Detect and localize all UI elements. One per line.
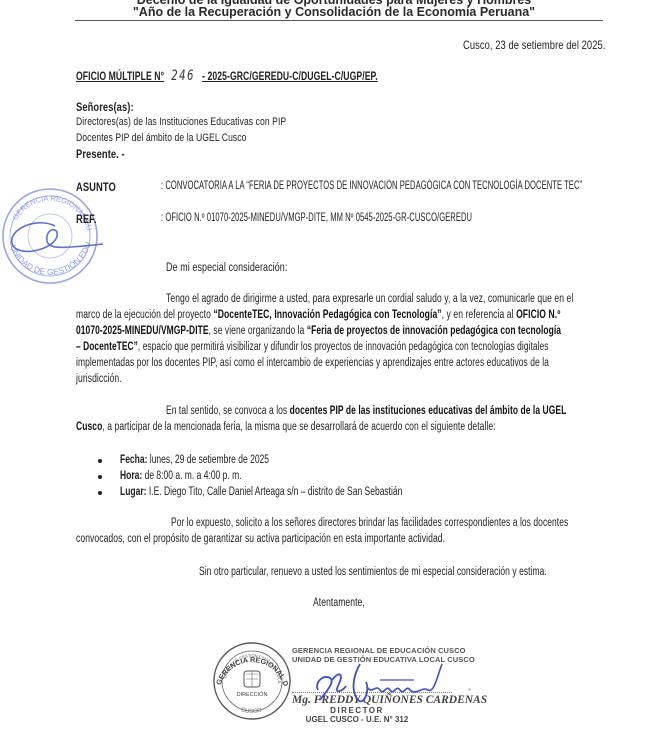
handwritten-signature-icon [310, 660, 450, 710]
greeting: De mi especial consideración: [166, 262, 287, 274]
bullet-icon [98, 475, 102, 479]
text-span: , a participar de la mencionada feria, l… [102, 421, 495, 433]
oficio-suffix: - 2025-GRC/GEREDU-C/DUGEL-C/UGP/EP. [202, 69, 378, 83]
presente-label: Presente. - [76, 147, 125, 161]
closing-sentence: Sin otro particular, renuevo a usted los… [199, 566, 547, 578]
text-span: , y en referencia al [442, 309, 516, 321]
detail-text: Lugar: I.E. Diego Tito, Calle Daniel Art… [120, 486, 402, 498]
atentamente: Atentamente, [313, 597, 365, 609]
detail-text: Hora: de 8:00 a. m. a 4:00 p. m. [120, 470, 242, 482]
oficio-handwritten-number: 246 [164, 68, 202, 84]
detail-label: Lugar: [120, 486, 146, 498]
document-date: Cusco, 23 de setiembre del 2025. [463, 38, 605, 52]
svg-text:CUSCO: CUSCO [240, 707, 263, 715]
recipient-line: Directores(as) de las Instituciones Educ… [76, 116, 286, 128]
paragraph-1-line: – DocenteTEC”, espacio que permitirá vis… [76, 341, 549, 353]
asunto-label: ASUNTO [76, 180, 116, 194]
svg-text:DIRECCIÓN: DIRECCIÓN [237, 691, 268, 698]
paragraph-1-line: marco de la ejecución del proyecto “Doce… [76, 309, 560, 321]
detail-label: Fecha: [120, 454, 147, 466]
text-span: marco de la ejecución del proyecto [76, 309, 213, 321]
recipient-line: Docentes PIP del ámbito de la UGEL Cusco [76, 132, 247, 144]
paragraph-3-line: Por lo expuesto, solicito a los señores … [171, 517, 568, 529]
paragraph-3-line: convocados, con el propósito de garantiz… [76, 533, 445, 545]
recipients-heading: Señores(as): [76, 100, 134, 114]
detail-value: de 8:00 a. m. a 4:00 p. m. [142, 470, 241, 482]
official-seal-stamp-icon: UNIDAD DE GESTIÓN EDUCATIVA LOCAL GERENC… [0, 186, 105, 286]
ref-label: REF. [76, 212, 97, 226]
text-span: , espacio que permitirá visibilizar y di… [138, 341, 549, 353]
target-audience: docentes PIP de las instituciones educat… [290, 405, 567, 417]
target-audience: Cusco [76, 421, 102, 433]
signature-org-line: GERENCIA REGIONAL DE EDUCACIÓN CUSCO [292, 646, 452, 655]
paragraph-1-line: jurisdicción. [76, 373, 122, 385]
scan-artifact [468, 688, 471, 691]
detail-label: Hora: [120, 470, 142, 482]
oficio-ref-bold: 01070-2025-MINEDU/VMGP-DITE [76, 325, 209, 337]
detail-value: lunes, 29 de setiembre de 2025 [147, 454, 269, 466]
detail-value: I.E. Diego Tito, Calle Daniel Arteaga s/… [146, 486, 402, 498]
oficio-reference: OFICIO MÚLTIPLE N°246- 2025-GRC/GEREDU-C… [76, 68, 378, 84]
paragraph-1-line: Tengo el agrado de dirigirme a usted, pa… [166, 293, 573, 305]
signatory-unit: UGEL CUSCO - U.E. N° 312 [262, 715, 452, 724]
year-header: "Año de la Recuperación y Consolidación … [0, 5, 668, 19]
text-span: En tal sentido, se convoca a los [166, 405, 290, 417]
asunto-text: : CONVOCATORIA A LA “FERIA DE PROYECTOS … [161, 180, 582, 192]
feria-name: “Feria de proyectos de innovación pedagó… [307, 325, 561, 337]
feria-name: – DocenteTEC” [76, 341, 138, 353]
ref-text: : OFICIO N.º 01070-2025-MINEDU/VMGP-DITE… [161, 212, 472, 224]
paragraph-2-line: Cusco, a participar de la mencionada fer… [76, 421, 496, 433]
oficio-prefix: OFICIO MÚLTIPLE N° [76, 69, 164, 83]
text-span: , se viene organizando la [209, 325, 307, 337]
oficio-ref-bold: OFICIO N.º [516, 309, 560, 321]
paragraph-1-line: 01070-2025-MINEDU/VMGP-DITE, se viene or… [76, 325, 561, 337]
bullet-icon [98, 491, 102, 495]
paragraph-2-line: En tal sentido, se convoca a los docente… [166, 405, 566, 417]
detail-text: Fecha: lunes, 29 de setiembre de 2025 [120, 454, 269, 466]
bullet-icon [98, 459, 102, 463]
project-name: “DocenteTEC, Innovación Pedagógica con T… [213, 309, 441, 321]
header-divider [75, 20, 603, 21]
paragraph-1-line: implementadas por los docentes PIP, así … [76, 357, 549, 369]
